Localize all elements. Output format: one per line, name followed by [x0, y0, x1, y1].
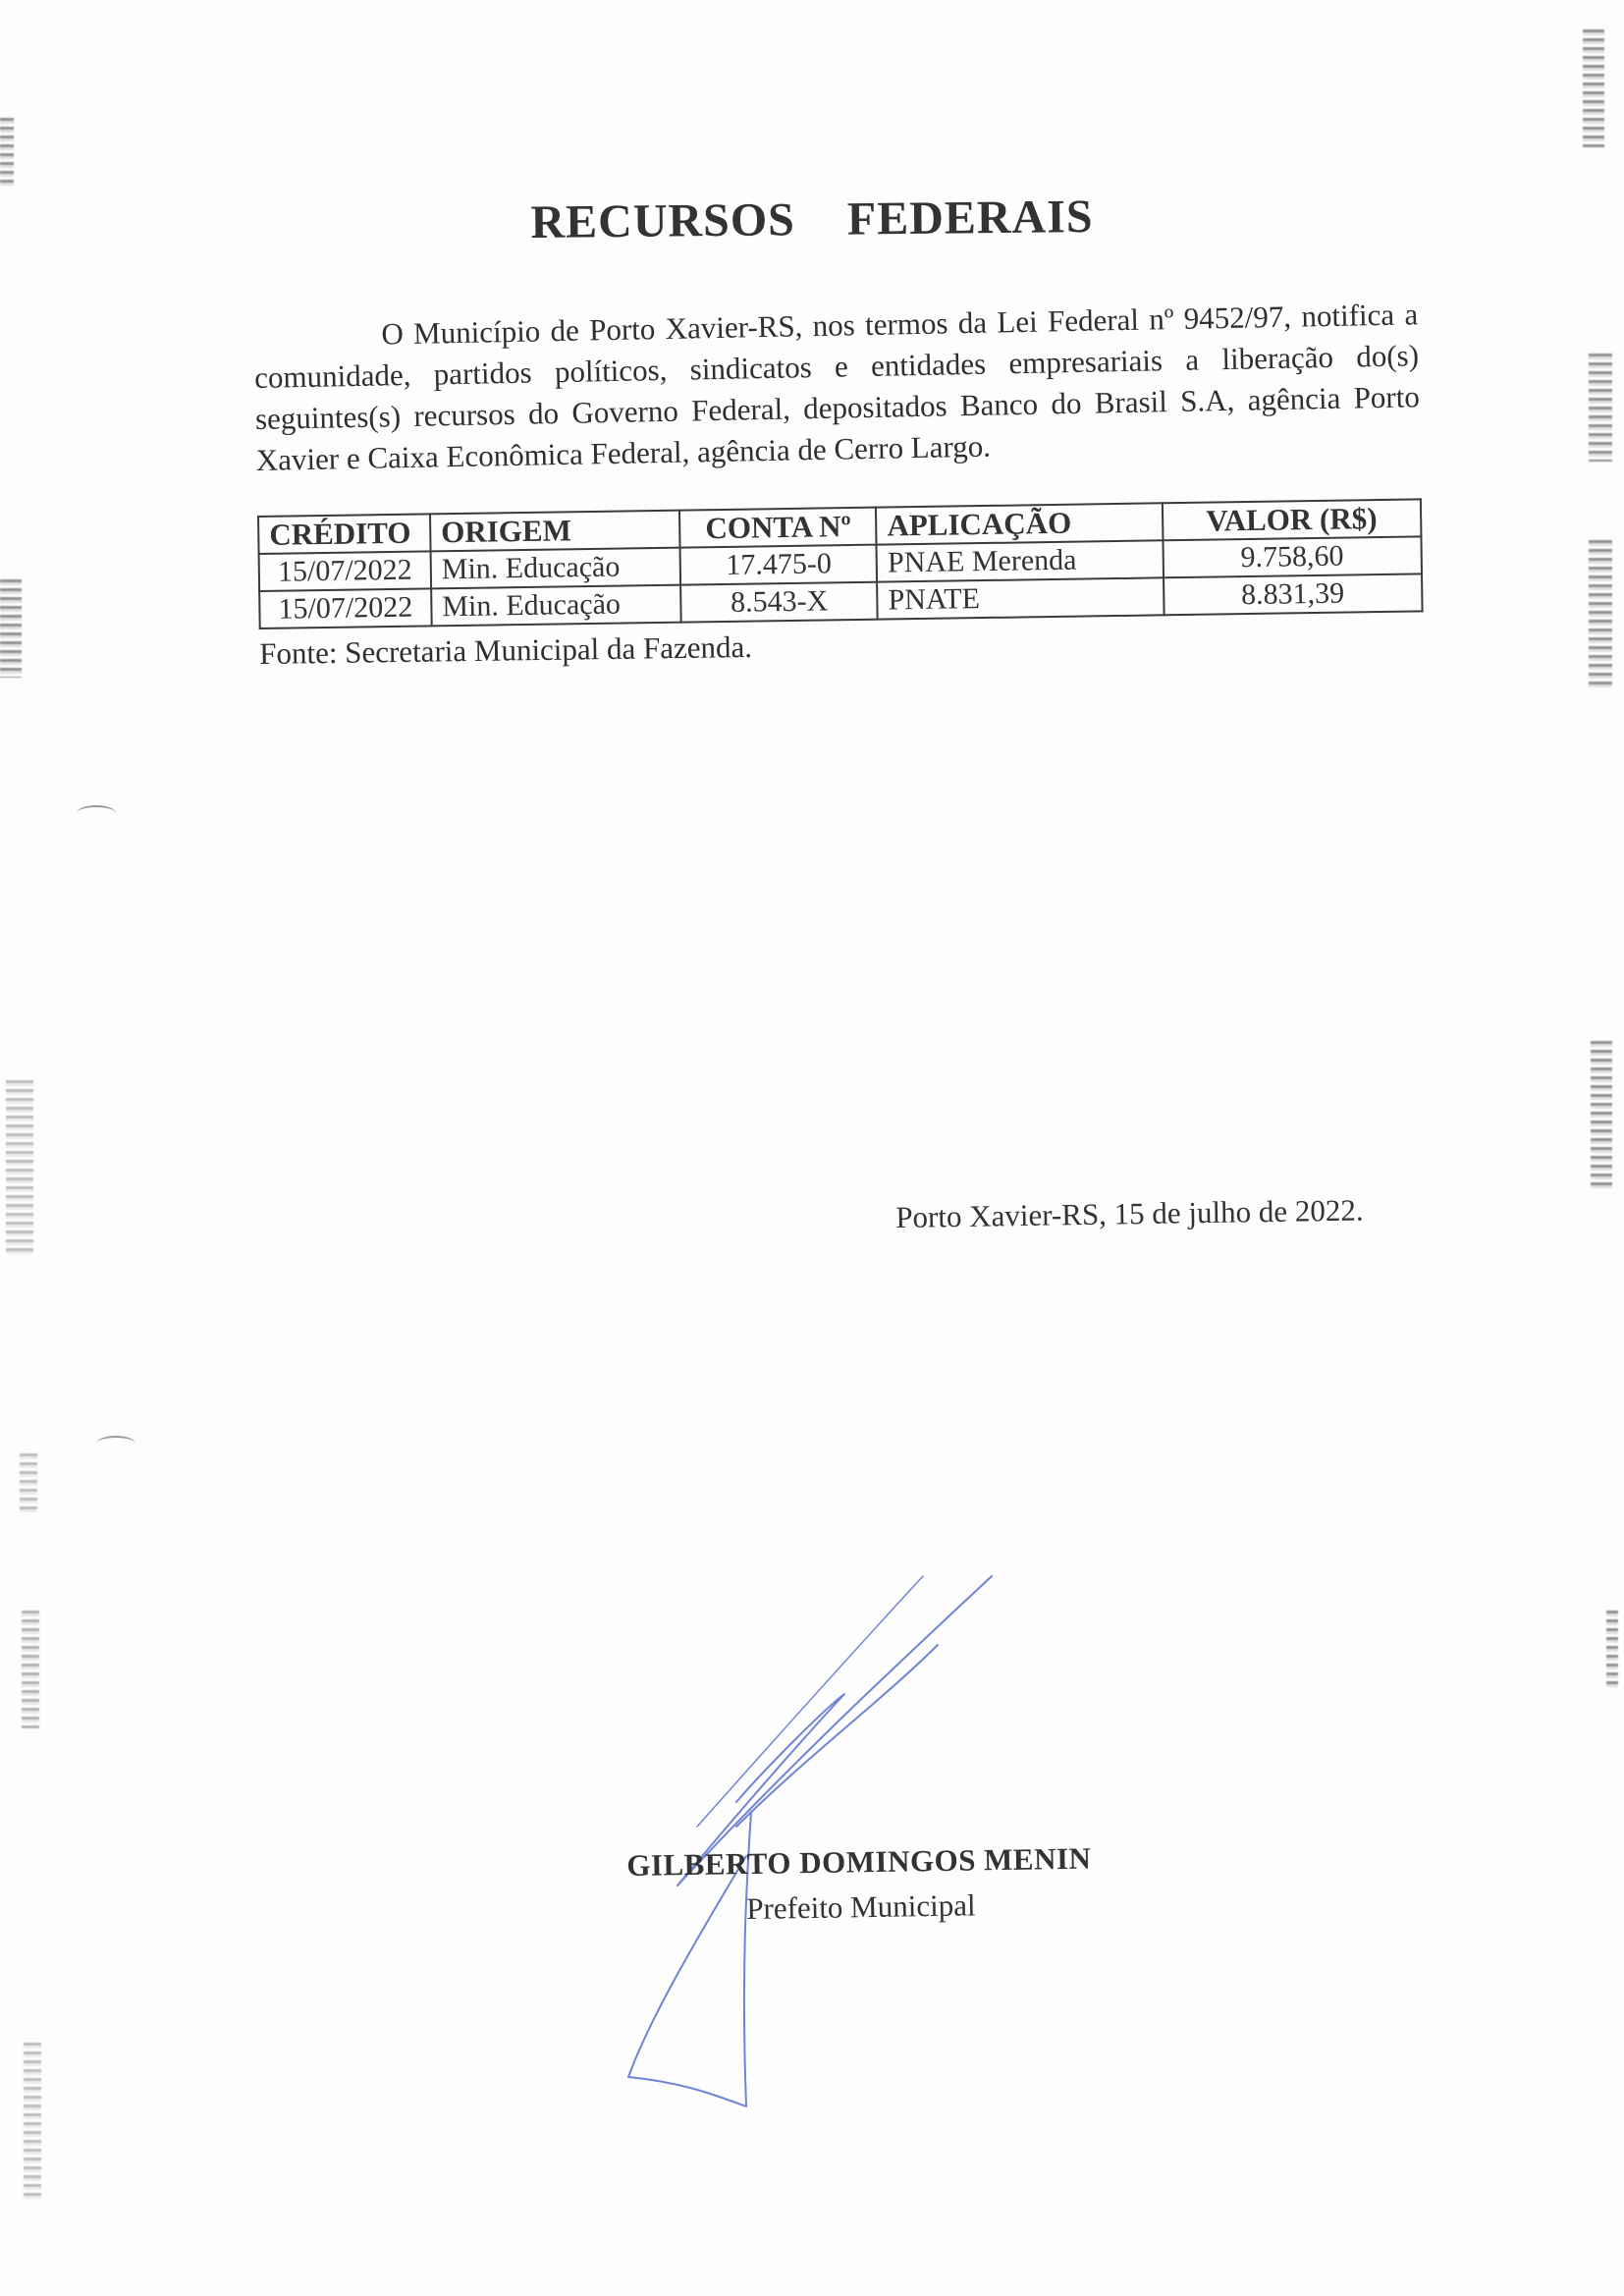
notice-paragraph: O Município de Porto Xavier-RS, nos term…: [253, 294, 1421, 481]
column-header-conta: CONTA Nº: [679, 508, 876, 548]
cell-origem: Min. Educação: [430, 548, 680, 589]
scan-edge-mark: [1589, 540, 1612, 687]
scanned-page: RECURSOS FEDERAIS O Município de Porto X…: [0, 0, 1624, 2296]
scan-edge-mark: [1589, 354, 1612, 462]
scan-edge-mark: [22, 1611, 39, 1728]
scan-edge-mark: [1583, 29, 1604, 147]
cell-conta: 17.475-0: [680, 545, 877, 585]
document-title: RECURSOS FEDERAIS: [0, 184, 1624, 254]
punch-hole-mark: [96, 1436, 135, 1451]
cell-origem: Min. Educação: [431, 585, 681, 627]
place-and-date: Porto Xavier-RS, 15 de julho de 2022.: [895, 1193, 1364, 1235]
column-header-valor: VALOR (R$): [1162, 499, 1421, 540]
scan-edge-mark: [20, 1453, 37, 1512]
column-header-credito: CRÉDITO: [258, 514, 430, 554]
scan-edge-mark: [6, 1080, 33, 1257]
cell-aplicacao: PNAE Merenda: [877, 540, 1164, 581]
scan-edge-mark: [1606, 1611, 1618, 1689]
signer-role: Prefeito Municipal: [746, 1887, 976, 1927]
cell-credito: 15/07/2022: [259, 588, 431, 629]
scan-edge-mark: [1591, 1041, 1612, 1188]
scan-edge-mark: [0, 118, 14, 187]
cell-valor: 9.758,60: [1163, 536, 1422, 577]
cell-credito: 15/07/2022: [259, 551, 431, 591]
punch-hole-mark: [77, 805, 116, 821]
signer-name: GILBERTO DOMINGOS MENIN: [626, 1841, 1092, 1884]
cell-aplicacao: PNATE: [877, 577, 1164, 619]
source-note: Fonte: Secretaria Municipal da Fazenda.: [259, 629, 752, 672]
column-header-aplicacao: APLICAÇÃO: [876, 503, 1163, 544]
column-header-origem: ORIGEM: [430, 511, 680, 552]
scan-edge-mark: [24, 2043, 41, 2200]
resources-table: CRÉDITO ORIGEM CONTA Nº APLICAÇÃO VALOR …: [257, 498, 1424, 629]
resources-table-container: CRÉDITO ORIGEM CONTA Nº APLICAÇÃO VALOR …: [257, 498, 1424, 629]
cell-valor: 8.831,39: [1164, 574, 1423, 615]
scan-edge-mark: [0, 579, 22, 678]
cell-conta: 8.543-X: [681, 582, 878, 623]
